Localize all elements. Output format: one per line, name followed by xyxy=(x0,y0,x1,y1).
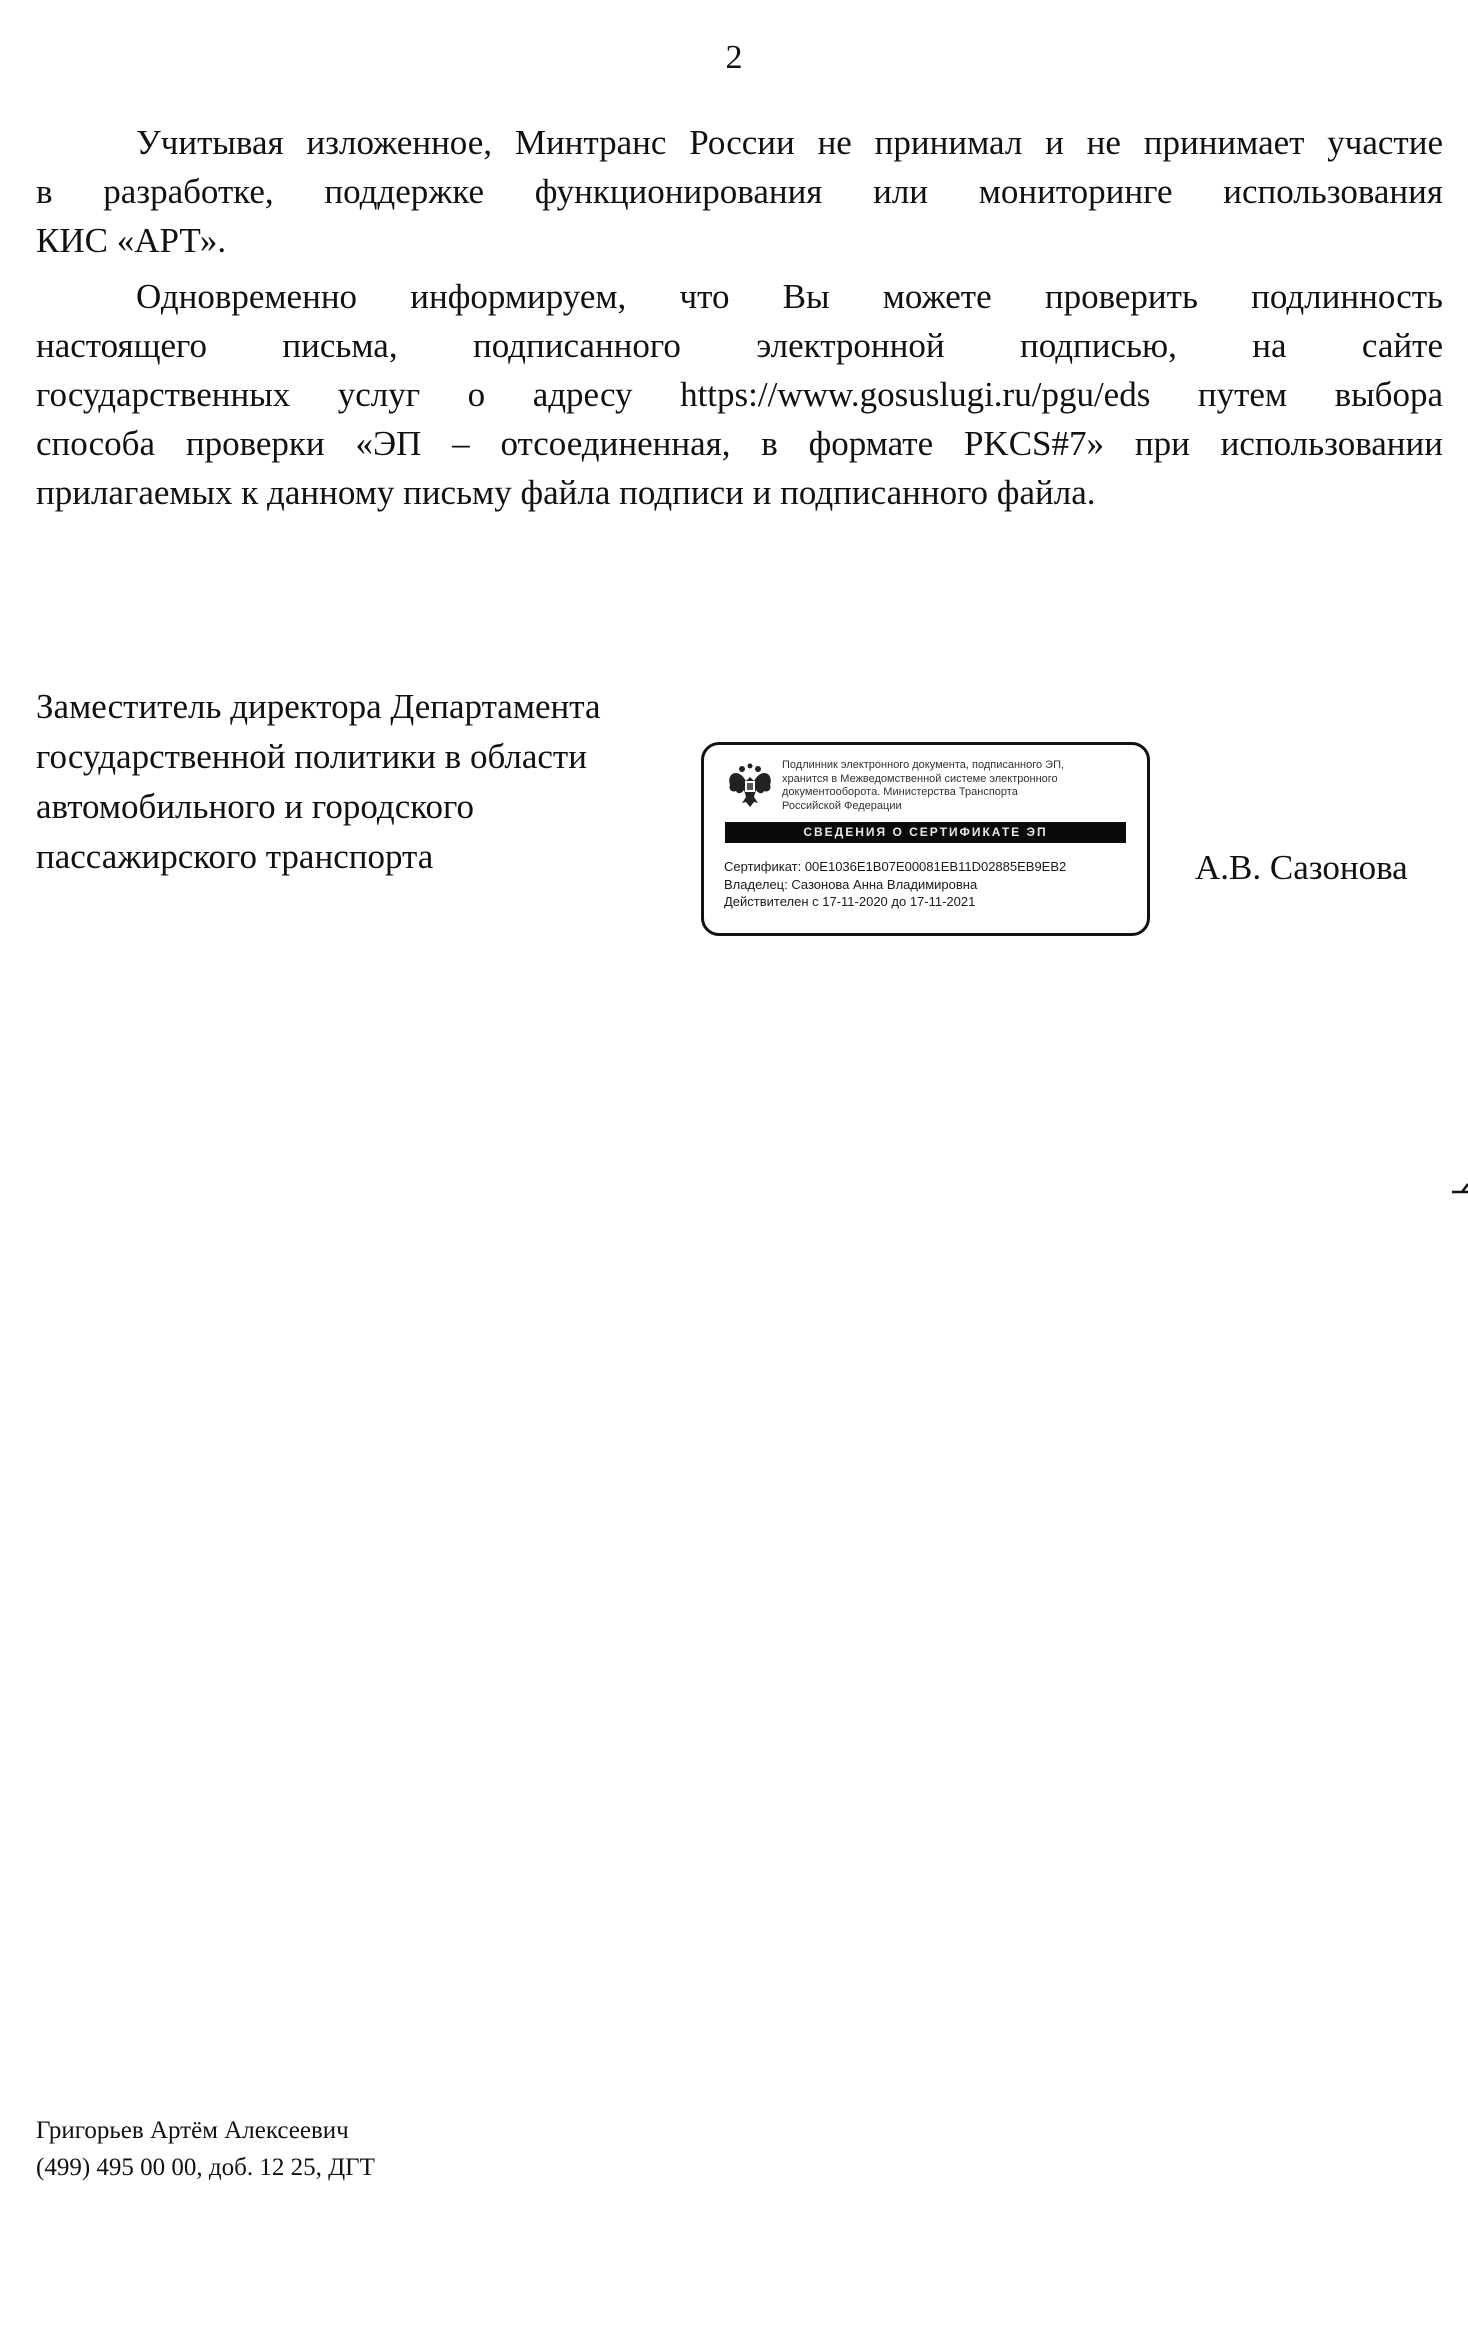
text-line: настоящего письма, подписанного электрон… xyxy=(36,321,1443,370)
scan-edge-mark xyxy=(1450,1178,1468,1194)
stamp-header-text: Подлинник электронного документа, подпис… xyxy=(782,759,1142,813)
russian-coat-of-arms-icon xyxy=(726,763,774,809)
text-line: Одновременно информируем, что Вы можете … xyxy=(36,272,1443,321)
signer-position: Заместитель директора Департамента госуд… xyxy=(36,682,601,882)
stamp-header-line: документооборота. Министерства Транспорт… xyxy=(782,786,1142,800)
paragraph-verification-info: Одновременно информируем, что Вы можете … xyxy=(36,272,1443,517)
certificate-info-title: СВЕДЕНИЯ О СЕРТИФИКАТЕ ЭП xyxy=(725,822,1126,843)
signer-position-line: пассажирского транспорта xyxy=(36,832,601,882)
text-line: в разработке, поддержке функционирования… xyxy=(36,167,1443,216)
text-line: способа проверки «ЭП – отсоединенная, в … xyxy=(36,419,1443,468)
text-line: прилагаемых к данному письму файла подпи… xyxy=(36,468,1443,517)
text-line: КИС «АРТ». xyxy=(36,216,1443,265)
text-line: государственных услуг о адресу https://w… xyxy=(36,370,1443,419)
executor-info: Григорьев Артём Алексеевич (499) 495 00 … xyxy=(36,2112,375,2186)
stamp-header-line: хранится в Межведомственной системе элек… xyxy=(782,773,1142,787)
signer-position-line: автомобильного и городского xyxy=(36,782,601,832)
certificate-number: Сертификат: 00E1036E1B07E00081EB11D02885… xyxy=(724,858,1066,876)
executor-contact: (499) 495 00 00, доб. 12 25, ДГТ xyxy=(36,2149,375,2186)
stamp-header-line: Подлинник электронного документа, подпис… xyxy=(782,759,1142,773)
certificate-details: Сертификат: 00E1036E1B07E00081EB11D02885… xyxy=(724,858,1066,911)
executor-name: Григорьев Артём Алексеевич xyxy=(36,2112,375,2149)
signer-position-line: Заместитель директора Департамента xyxy=(36,682,601,732)
certificate-validity: Действителен с 17-11-2020 до 17-11-2021 xyxy=(724,893,1066,911)
page-number: 2 xyxy=(0,38,1468,78)
stamp-header-line: Российской Федерации xyxy=(782,800,1142,814)
signer-position-line: государственной политики в области xyxy=(36,732,601,782)
electronic-signature-stamp: Подлинник электронного документа, подпис… xyxy=(701,742,1150,936)
text-line: Учитывая изложенное, Минтранс России не … xyxy=(36,118,1443,167)
signer-name: А.В. Сазонова xyxy=(1195,848,1408,888)
paragraph-ministry-statement: Учитывая изложенное, Минтранс России не … xyxy=(36,118,1443,265)
certificate-owner: Владелец: Сазонова Анна Владимировна xyxy=(724,876,1066,894)
